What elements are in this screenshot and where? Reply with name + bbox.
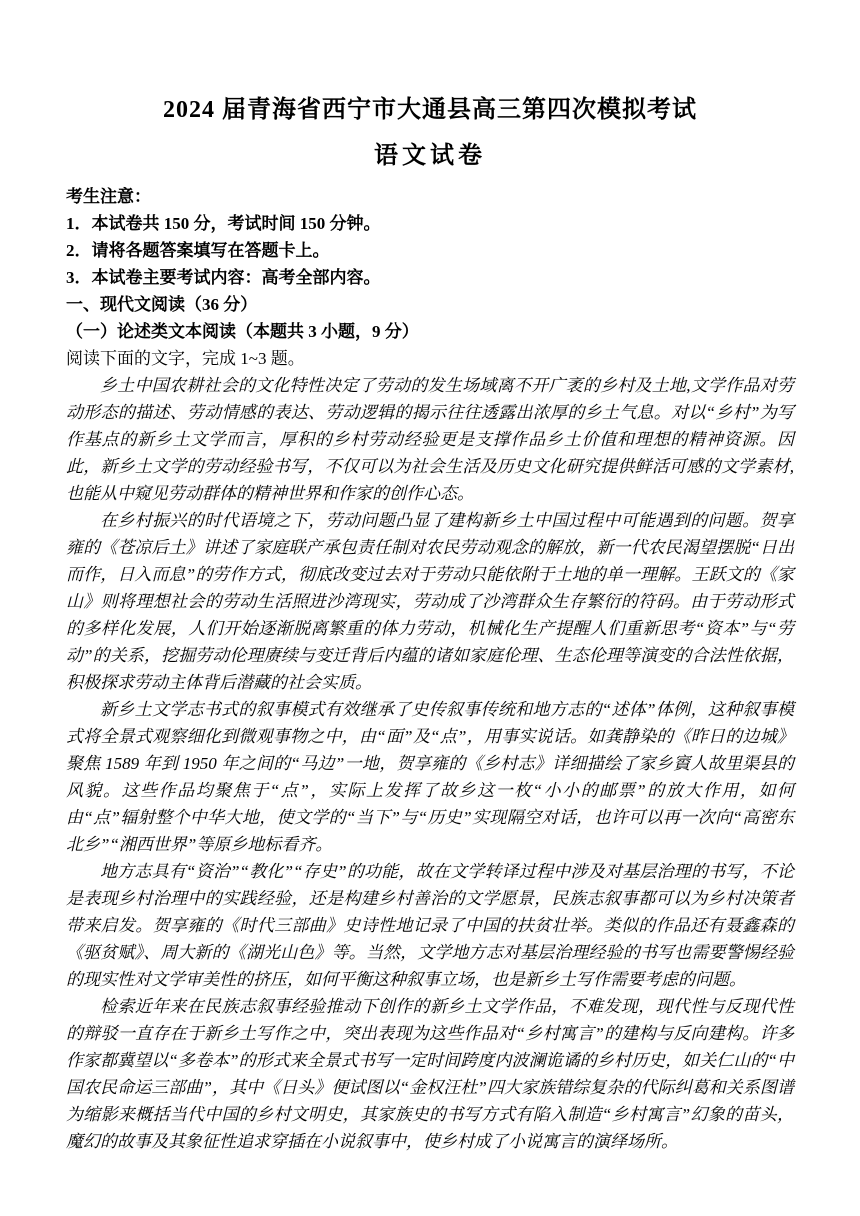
notice-item-3: 3．本试卷主要考试内容：高考全部内容。 (66, 264, 794, 291)
notice-item-2: 2．请将各题答案填写在答题卡上。 (66, 237, 794, 264)
reading-instruction: 阅读下面的文字，完成 1~3 题。 (66, 345, 794, 372)
passage-paragraph-1: 乡土中国农耕社会的文化特性决定了劳动的发生场域离不开广袤的乡村及土地,文学作品对… (66, 372, 794, 507)
exam-paper-page: 2024 届青海省西宁市大通县高三第四次模拟考试 语文试卷 考生注意： 1．本试… (0, 0, 860, 1216)
notice-block: 考生注意： 1．本试卷共 150 分，考试时间 150 分钟。 2．请将各题答案… (66, 183, 794, 291)
passage-paragraph-3: 新乡土文学志书式的叙事模式有效继承了史传叙事传统和地方志的“述体”体例，这种叙事… (66, 696, 794, 858)
notice-heading: 考生注意： (66, 183, 794, 210)
subsection-heading: （一）论述类文本阅读（本题共 3 小题，9 分） (66, 318, 794, 345)
section-heading: 一、现代文阅读（36 分） (66, 291, 794, 318)
passage-paragraph-5: 检索近年来在民族志叙事经验推动下创作的新乡土文学作品，不难发现，现代性与反现代性… (66, 993, 794, 1155)
passage-paragraph-4: 地方志具有“资治”“教化”“存史”的功能，故在文学转译过程中涉及对基层治理的书写… (66, 858, 794, 993)
exam-subject: 语文试卷 (66, 142, 794, 171)
section-modern-reading: 一、现代文阅读（36 分） （一）论述类文本阅读（本题共 3 小题，9 分） 阅… (66, 291, 794, 372)
notice-item-1: 1．本试卷共 150 分，考试时间 150 分钟。 (66, 210, 794, 237)
exam-title: 2024 届青海省西宁市大通县高三第四次模拟考试 (66, 96, 794, 125)
passage-paragraph-2: 在乡村振兴的时代语境之下，劳动问题凸显了建构新乡土中国过程中可能遇到的问题。贺享… (66, 507, 794, 696)
reading-passage: 乡土中国农耕社会的文化特性决定了劳动的发生场域离不开广袤的乡村及土地,文学作品对… (66, 372, 794, 1155)
